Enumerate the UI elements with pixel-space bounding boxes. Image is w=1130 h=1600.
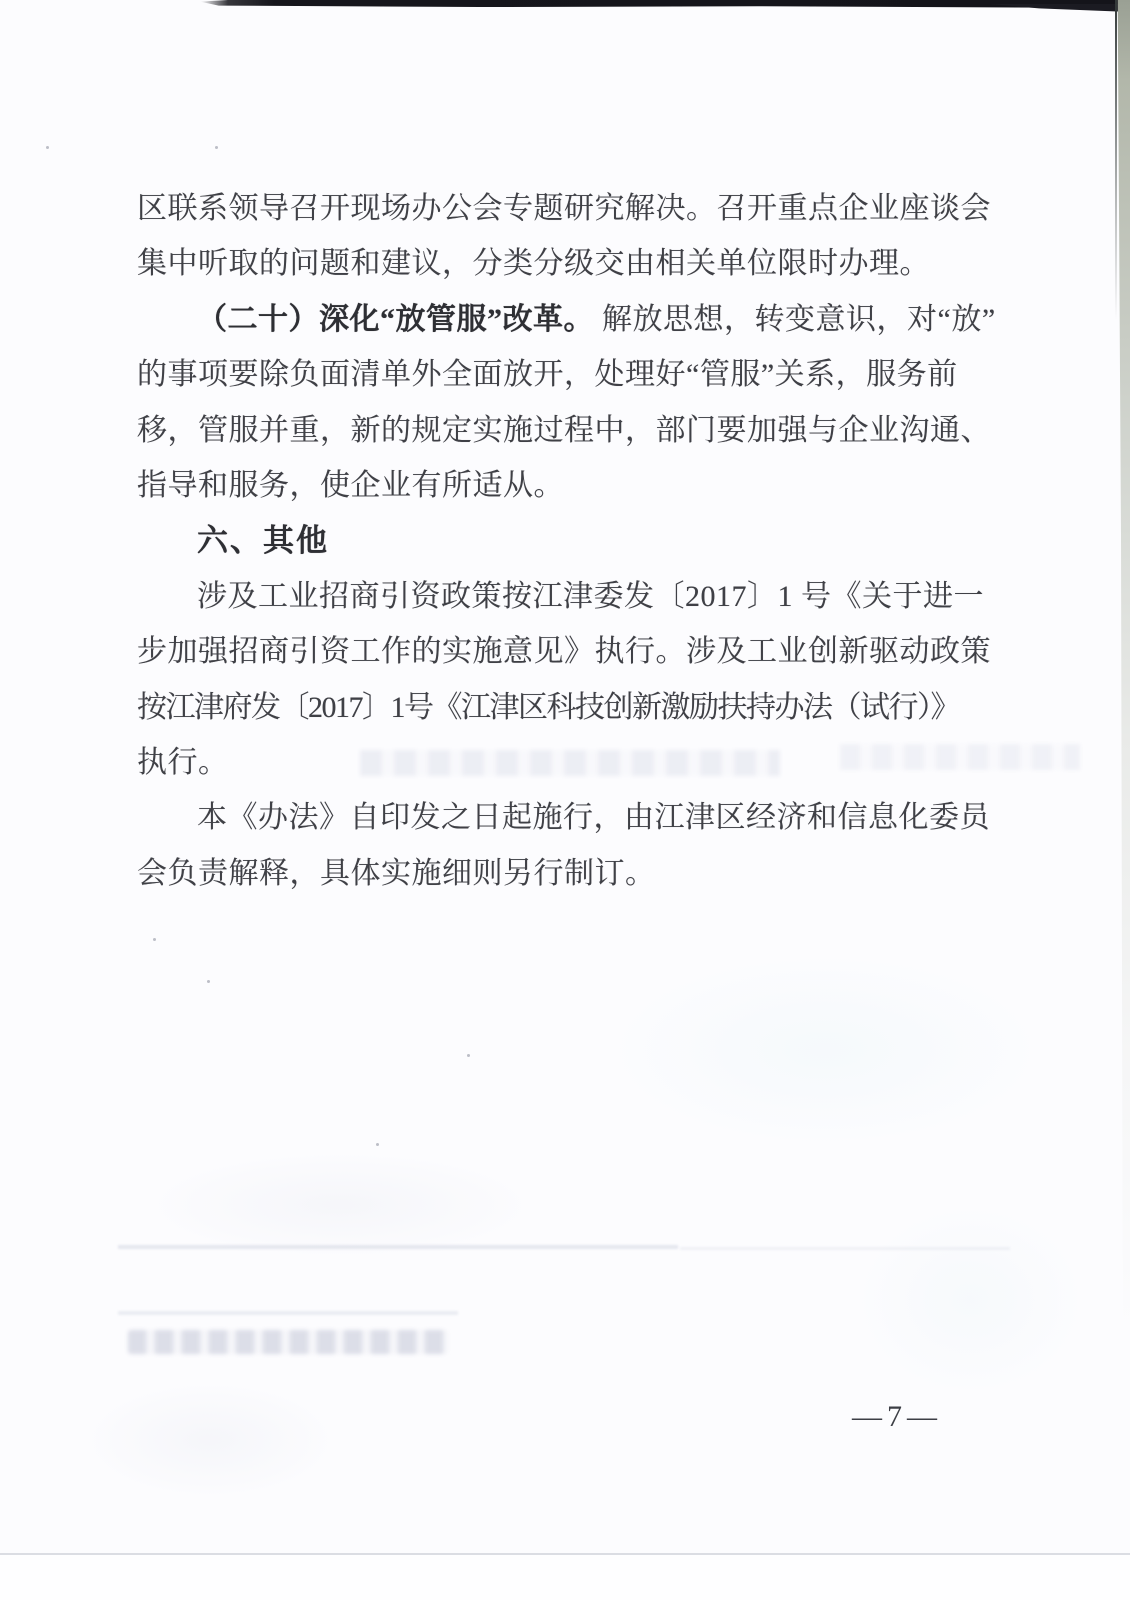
scan-edge-right-line bbox=[1115, 0, 1117, 320]
text-segment: 区联系领导召开现场办公会专题研究解决。召开重点企业座谈会 bbox=[137, 192, 991, 225]
text-line: 会负责解释，具体实施细则另行制订。 bbox=[137, 846, 982, 901]
section-heading: 六、其他 bbox=[137, 513, 982, 568]
text-line: 步加强招商引资工作的实施意见》执行。涉及工业创新驱动政策 bbox=[137, 624, 982, 679]
scan-speck bbox=[215, 146, 218, 149]
text-line: （二十）深化“放管服”改革。 解放思想，转变意识，对“放” bbox=[137, 292, 982, 347]
text-segment: 涉及工业招商引资政策按江津委发〔2017〕1 号《关于进一 bbox=[197, 580, 984, 613]
bold-text-segment: （二十）深化“放管服”改革。 bbox=[197, 303, 594, 336]
text-segment: 的事项要除负面清单外全面放开，处理好“管服”关系，服务前 bbox=[137, 358, 958, 391]
text-segment: 本《办法》自印发之日起施行，由江津区经济和信息化委员 bbox=[197, 801, 990, 834]
scan-ghost-line bbox=[118, 1311, 458, 1315]
scan-ghost-smudge bbox=[80, 1380, 340, 1500]
scan-ghost-smudge bbox=[600, 950, 1050, 1150]
text-line: 的事项要除负面清单外全面放开，处理好“管服”关系，服务前 bbox=[137, 347, 982, 402]
scan-speck bbox=[207, 980, 210, 983]
text-line: 集中听取的问题和建议，分类分级交由相关单位限时办理。 bbox=[137, 236, 982, 291]
scan-speck bbox=[467, 1054, 470, 1057]
scan-speck bbox=[46, 146, 49, 149]
text-segment: 步加强招商引资工作的实施意见》执行。涉及工业创新驱动政策 bbox=[137, 635, 991, 668]
text-segment: 按江津府发〔2017〕1号《江津区科技创新激励扶持办法（试行）》 bbox=[137, 691, 959, 724]
text-line: 执行。 bbox=[137, 735, 982, 790]
scan-ghost-smudge bbox=[140, 1150, 540, 1260]
text-segment: 会负责解释，具体实施细则另行制订。 bbox=[137, 857, 656, 890]
scan-ghost-line bbox=[118, 1245, 678, 1249]
bold-text-segment: 六、其他 bbox=[197, 523, 329, 558]
text-line: 按江津府发〔2017〕1号《江津区科技创新激励扶持办法（试行）》 bbox=[137, 680, 982, 735]
text-line: 区联系领导召开现场办公会专题研究解决。召开重点企业座谈会 bbox=[137, 181, 982, 236]
text-segment: 执行。 bbox=[137, 746, 229, 779]
scan-speck bbox=[153, 938, 156, 941]
scan-ghost-line bbox=[680, 1247, 1010, 1250]
scan-speck bbox=[376, 1143, 379, 1146]
text-line: 本《办法》自印发之日起施行，由江津区经济和信息化委员 bbox=[137, 790, 982, 845]
scan-edge-top-corner bbox=[990, 4, 1130, 12]
text-segment: 解放思想，转变意识，对“放” bbox=[594, 303, 996, 336]
text-line: 涉及工业招商引资政策按江津委发〔2017〕1 号《关于进一 bbox=[137, 569, 982, 624]
text-line: 移，管服并重，新的规定实施过程中，部门要加强与企业沟通、 bbox=[137, 403, 982, 458]
text-segment: 移，管服并重，新的规定实施过程中，部门要加强与企业沟通、 bbox=[137, 414, 991, 447]
document-text: 区联系领导召开现场办公会专题研究解决。召开重点企业座谈会集中听取的问题和建议，分… bbox=[137, 181, 982, 901]
text-segment: 集中听取的问题和建议，分类分级交由相关单位限时办理。 bbox=[137, 247, 930, 280]
scan-ghost-smudge bbox=[850, 1200, 1090, 1400]
text-segment: 指导和服务，使企业有所适从。 bbox=[137, 469, 564, 502]
scan-ghost-text bbox=[128, 1330, 448, 1354]
scan-edge-right bbox=[1115, 0, 1130, 1340]
document-page: 区联系领导召开现场办公会专题研究解决。召开重点企业座谈会集中听取的问题和建议，分… bbox=[0, 0, 1130, 1600]
page-number: —7— bbox=[852, 1400, 942, 1434]
scan-background bbox=[0, 1555, 1130, 1600]
text-line: 指导和服务，使企业有所适从。 bbox=[137, 458, 982, 513]
